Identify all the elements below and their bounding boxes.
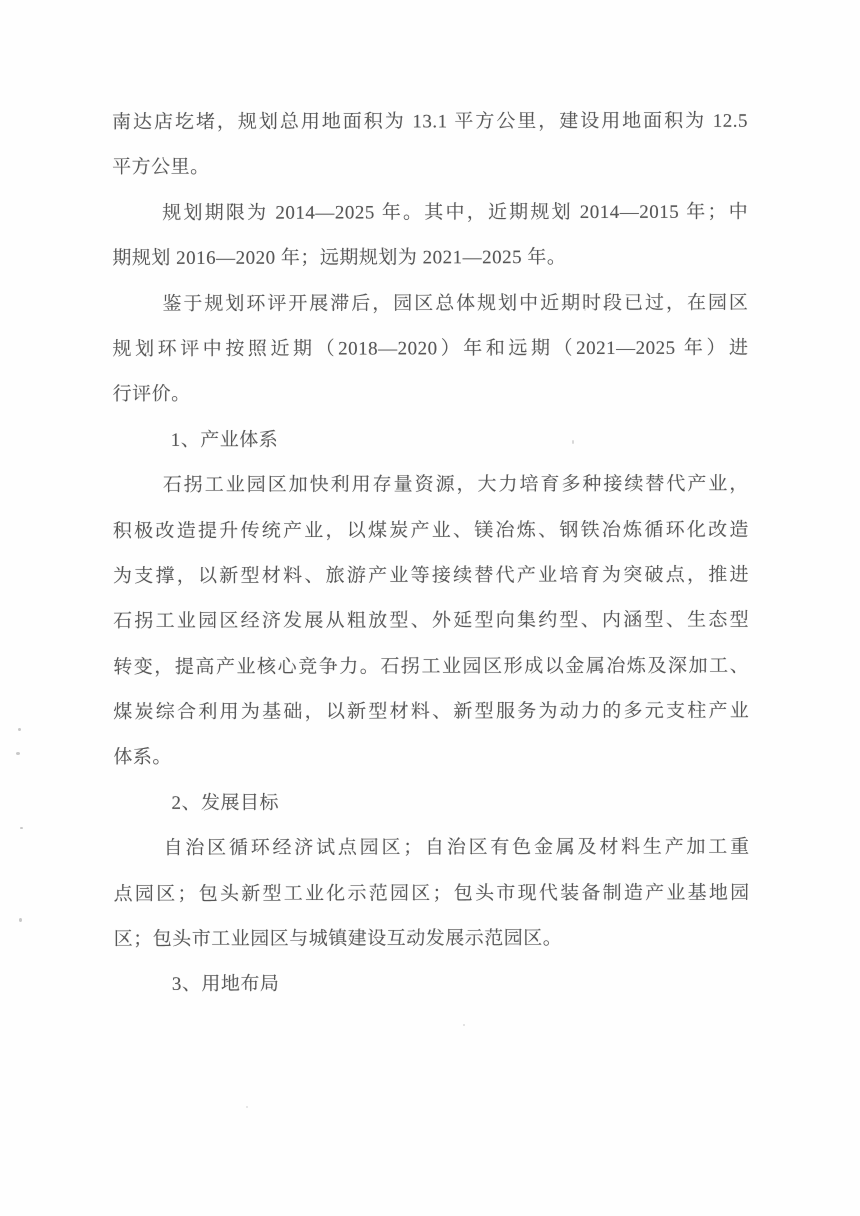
scan-speck	[246, 1106, 248, 1108]
text-line: 石拐工业园区加快利用存量资源，大力培育多种接续替代产业，	[113, 462, 749, 509]
section-heading-land-layout: 3、用地布局	[114, 961, 750, 1008]
text-line: 期规划 2016—2020 年；远期规划为 2021—2025 年。	[112, 235, 748, 282]
text-line: 转变，提高产业核心竞争力。石拐工业园区形成以金属冶炼及深加工、	[113, 643, 749, 690]
text-line: 积极改造提升传统产业，以煤炭产业、镁冶炼、钢铁冶炼循环化改造	[113, 507, 749, 554]
scanned-document-page: 南达店圪堵，规划总用地面积为 13.1 平方公里，建设用地面积为 12.5 平方…	[0, 0, 860, 1216]
text-line: 自治区循环经济试点园区；自治区有色金属及材料生产加工重	[114, 825, 750, 872]
text-line: 为支撑，以新型材料、旅游产业等接续替代产业培育为突破点，推进	[113, 553, 749, 600]
text-line: 规划期限为 2014—2025 年。其中，近期规划 2014—2015 年；中	[112, 189, 748, 236]
text-line: 鉴于规划环评开展滞后，园区总体规划中近期时段已过，在园区	[112, 280, 748, 327]
text-line: 区；包头市工业园区与城镇建设互动发展示范园区。	[114, 916, 750, 963]
text-line: 平方公里。	[112, 144, 748, 191]
text-line: 南达店圪堵，规划总用地面积为 13.1 平方公里，建设用地面积为 12.5	[112, 99, 748, 146]
section-heading-industry-system: 1、产业体系	[113, 416, 749, 463]
text-line: 点园区；包头新型工业化示范园区；包头市现代装备制造产业基地园	[114, 870, 750, 917]
text-line: 体系。	[113, 734, 749, 781]
scan-speck	[584, 308, 586, 311]
scan-speck	[463, 1024, 465, 1026]
scan-speck	[19, 918, 22, 922]
text-line: 行评价。	[113, 371, 749, 418]
scan-speck	[572, 440, 574, 444]
text-line: 煤炭综合利用为基础，以新型材料、新型服务为动力的多元支柱产业	[113, 689, 749, 736]
text-line: 规划环评中按照近期（2018—2020）年和远期（2021—2025 年）进	[112, 326, 748, 373]
document-text-block: 南达店圪堵，规划总用地面积为 13.1 平方公里，建设用地面积为 12.5 平方…	[112, 99, 750, 1008]
scan-speck	[20, 827, 23, 829]
scan-speck	[16, 752, 20, 755]
section-heading-development-goals: 2、发展目标	[113, 780, 749, 827]
scan-speck	[18, 728, 21, 731]
text-line: 石拐工业园区经济发展从粗放型、外延型向集约型、内涵型、生态型	[113, 598, 749, 645]
